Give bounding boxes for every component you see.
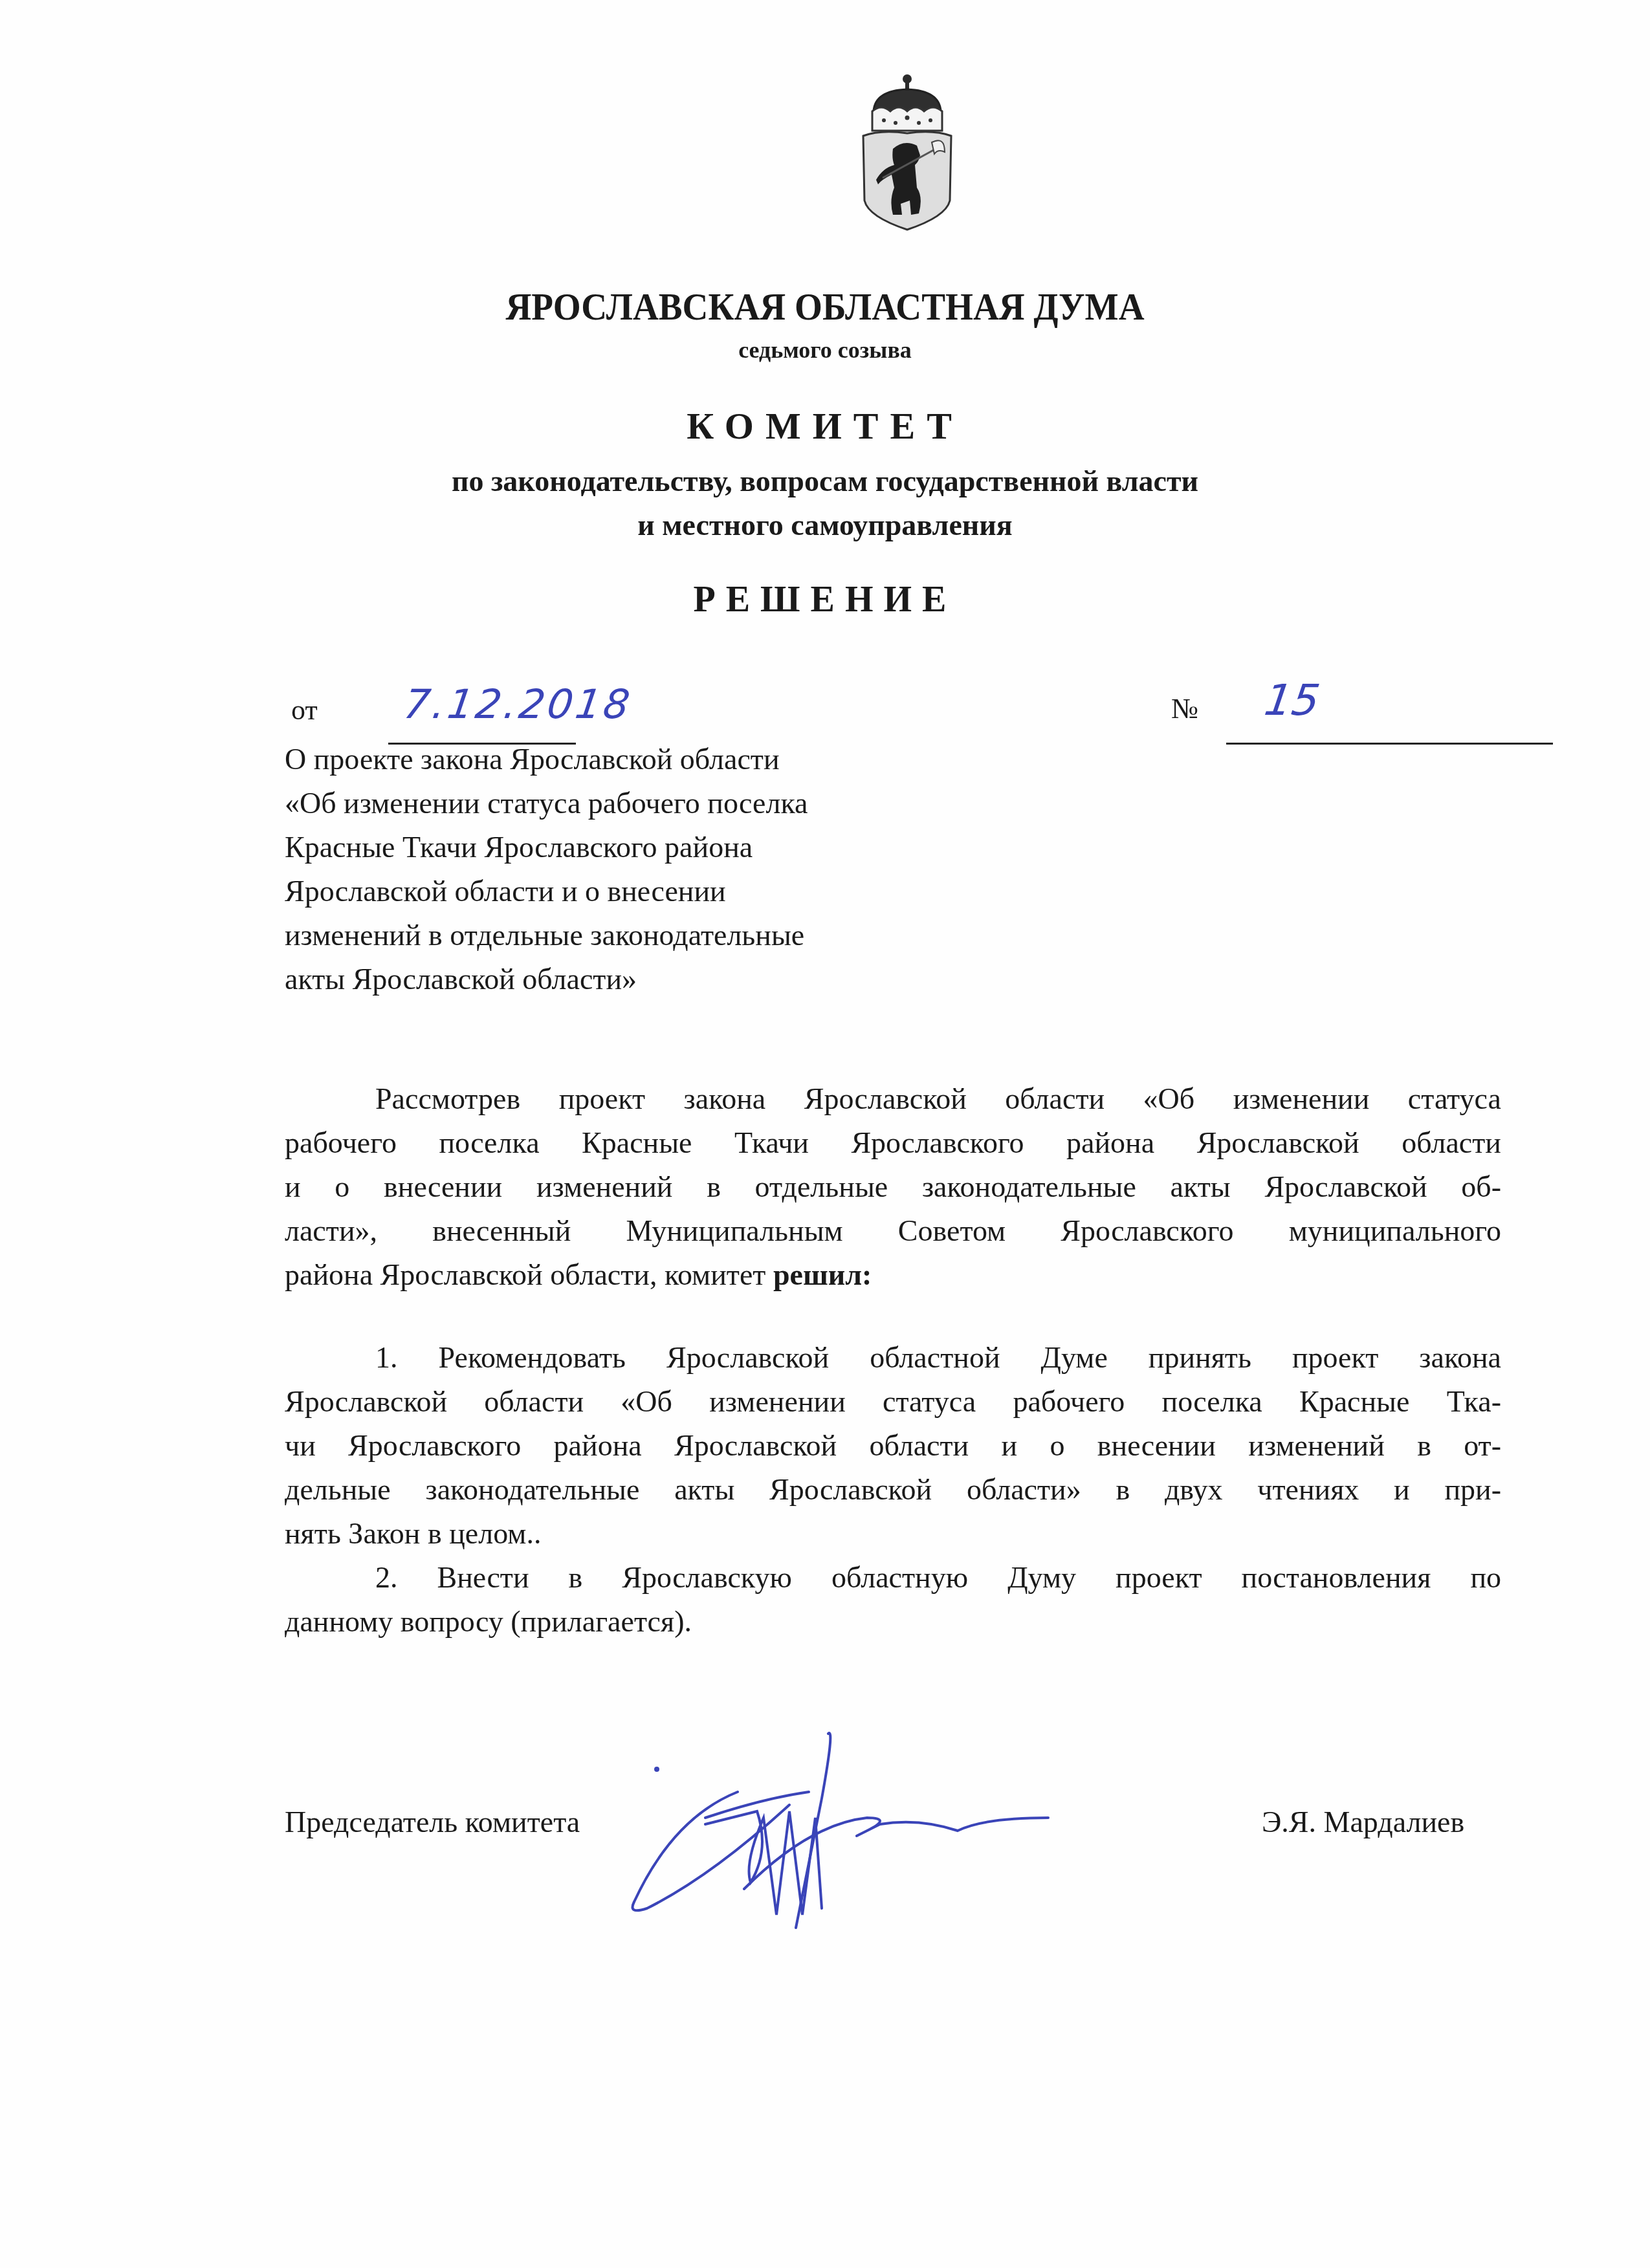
body-line: Рассмотрев проект закона Ярославской обл… [285, 1077, 1501, 1121]
handwritten-signature-icon [595, 1721, 1216, 1941]
body-line-text: района Ярославской области, комитет [285, 1258, 765, 1291]
body-line: Ярославской области «Об изменении статус… [285, 1380, 1501, 1424]
decided-keyword: решил: [773, 1258, 872, 1291]
body-line: ласти», внесенный Муниципальным Советом … [285, 1209, 1501, 1253]
subject-line: акты Ярославской области» [285, 957, 996, 1001]
subject-line: Красные Ткачи Ярославского района [285, 825, 996, 869]
committee-subtitle-line: и местного самоуправления [0, 503, 1650, 547]
subject-line: изменений в отдельные законодательные [285, 913, 996, 957]
coat-of-arms-icon [855, 71, 959, 233]
body-line: чи Ярославского района Ярославской облас… [285, 1424, 1501, 1468]
signatory-position: Председатель комитета [285, 1805, 580, 1839]
decision-item-1: 1. Рекомендовать Ярославской областной Д… [285, 1336, 1501, 1556]
document-subject: О проекте закона Ярославской области «Об… [285, 737, 996, 1001]
number-value-handwritten: 15 [1262, 675, 1323, 725]
preamble-paragraph: Рассмотрев проект закона Ярославской обл… [285, 1077, 1501, 1297]
committee-subtitle-line: по законодательству, вопросам государств… [0, 459, 1650, 503]
document-page: ЯРОСЛАВСКАЯ ОБЛАСТНАЯ ДУМА седьмого созы… [0, 0, 1650, 2268]
body-line: и о внесении изменений в отдельные закон… [285, 1165, 1501, 1209]
number-label: № [1171, 692, 1198, 725]
decision-item-2: 2. Внести в Ярославскую областную Думу п… [285, 1556, 1501, 1644]
body-line: дельные законодательные акты Ярославской… [285, 1468, 1501, 1512]
organization-title: ЯРОСЛАВСКАЯ ОБЛАСТНАЯ ДУМА [66, 285, 1584, 329]
committee-title: КОМИТЕТ [0, 404, 1650, 448]
signatory-name: Э.Я. Мардалиев [1262, 1805, 1464, 1839]
body-line: района Ярославской области, комитет реши… [285, 1253, 1501, 1297]
date-label: от [291, 693, 318, 726]
number-underline [1226, 743, 1553, 745]
convocation-label: седьмого созыва [0, 336, 1650, 364]
body-line: 2. Внести в Ярославскую областную Думу п… [285, 1556, 1501, 1600]
subject-line: О проекте закона Ярославской области [285, 737, 996, 781]
subject-line: «Об изменении статуса рабочего поселка [285, 781, 996, 825]
date-value-handwritten: 7.12.2018 [401, 681, 635, 728]
subject-line: Ярославской области и о внесении [285, 869, 996, 913]
committee-subtitle: по законодательству, вопросам государств… [0, 459, 1650, 547]
document-type-title: РЕШЕНИЕ [0, 579, 1650, 620]
body-line: данному вопросу (прилагается). [285, 1600, 1501, 1644]
body-line: нять Закон в целом.. [285, 1512, 1501, 1556]
body-line: рабочего поселка Красные Ткачи Ярославск… [285, 1121, 1501, 1165]
body-line: 1. Рекомендовать Ярославской областной Д… [285, 1336, 1501, 1380]
